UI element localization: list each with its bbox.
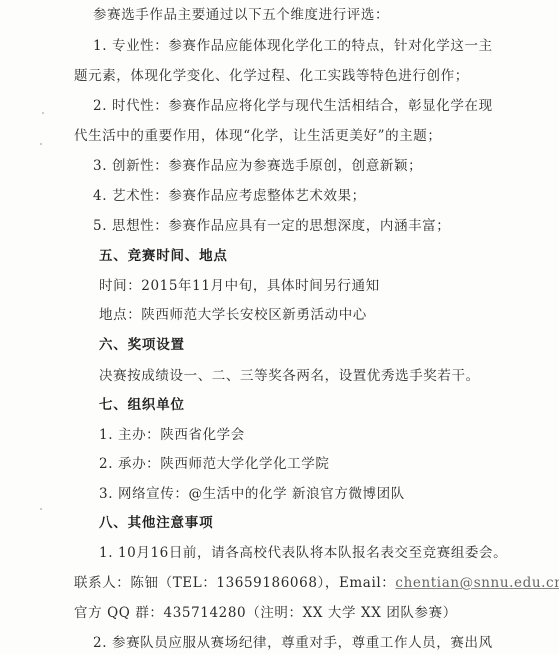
organizer-publicity: 3. 网络宣传：@生活中的化学 新浪官方微博团队 [99, 485, 405, 503]
awards-text: 决赛按成绩设一、二、三等奖各两名，设置优秀选手奖若干。 [99, 367, 480, 385]
note-2-line-1: 2. 参赛队员应服从赛场纪律，尊重对手，尊重工作人员，赛出风 [93, 634, 493, 652]
contact-line: 联系人：陈钿（TEL：13659186068），Email：chentian@s… [74, 574, 559, 592]
scan-speck [42, 112, 44, 114]
criterion-2-line-1: 2. 时代性：参赛作品应将化学与现代生活相结合，彰显化学在现 [93, 97, 493, 115]
competition-time: 时间：2015年11月中旬，具体时间另行通知 [99, 277, 380, 295]
qq-group: 官方 QQ 群：435714280（注明：XX 大学 XX 团队参赛） [74, 604, 457, 622]
contact-text: 联系人：陈钿（TEL：13659186068），Email： [74, 575, 395, 591]
organizer-host: 1. 主办：陕西省化学会 [99, 426, 245, 444]
organizer-undertaker: 2. 承办：陕西师范大学化学化工学院 [99, 455, 329, 473]
criterion-1-line-1: 1. 专业性：参赛作品应能体现化学化工的特点，针对化学这一主 [93, 37, 493, 55]
criterion-5: 5. 思想性：参赛作品应具有一定的思想深度，内涵丰富； [93, 217, 450, 235]
section-6-heading: 六、奖项设置 [99, 336, 185, 354]
criterion-1-line-2: 题元素，体现化学变化、化学过程、化工实践等特色进行创作； [74, 67, 469, 85]
criterion-4: 4. 艺术性：参赛作品应考虑整体艺术效果； [93, 187, 366, 205]
intro-text: 参赛选手作品主要通过以下五个维度进行评选： [93, 6, 389, 24]
criterion-3: 3. 创新性：参赛作品应为参赛选手原创，创意新颖； [93, 157, 422, 175]
note-1: 1. 10月16日前，请各高校代表队将本队报名表交至竞赛组委会。 [99, 544, 507, 562]
competition-place: 地点：陕西师范大学长安校区新勇活动中心 [99, 306, 367, 324]
email-link[interactable]: chentian@snnu.edu.cn [395, 575, 559, 591]
section-8-heading: 八、其他注意事项 [99, 514, 213, 532]
criterion-2-line-2: 代生活中的重要作用，体现“化学，让生活更美好”的主题； [74, 127, 442, 145]
scan-speck [40, 143, 42, 145]
section-7-heading: 七、组织单位 [99, 396, 185, 414]
scan-speck [40, 508, 42, 510]
section-5-heading: 五、竞赛时间、地点 [99, 247, 228, 265]
